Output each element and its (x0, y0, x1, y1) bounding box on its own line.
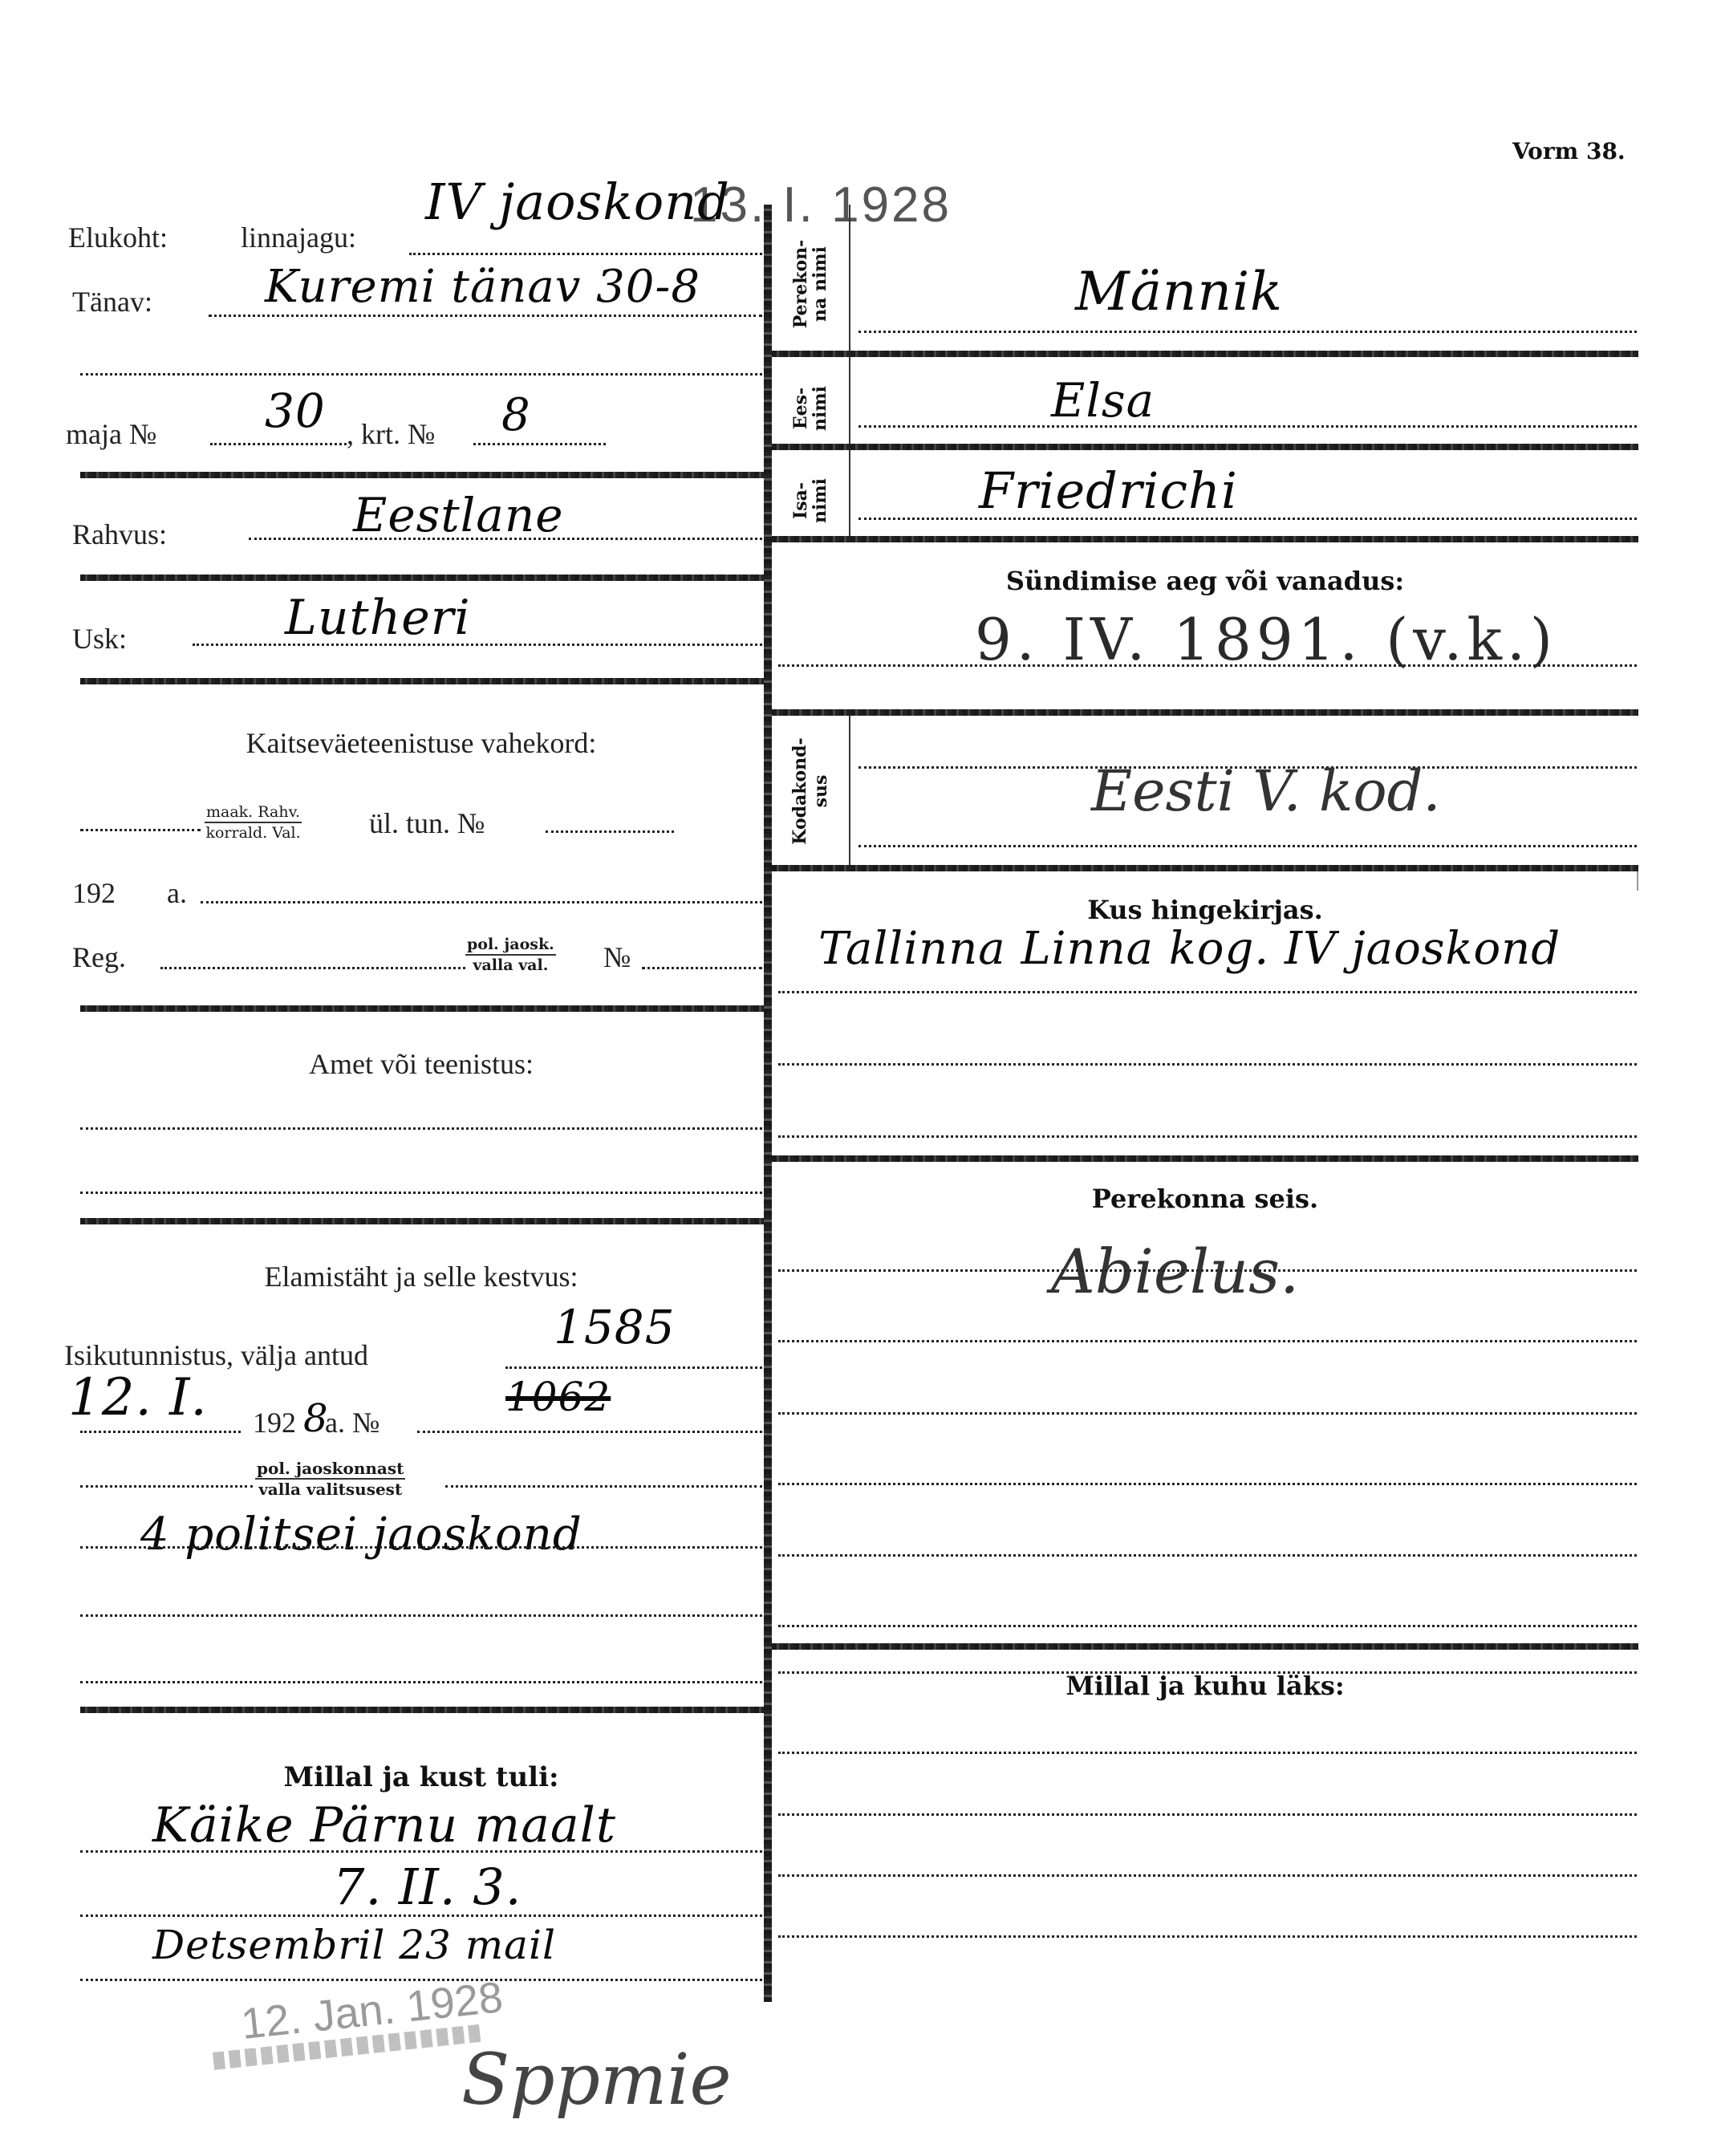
perekonna-seis-line-2 (778, 1340, 1637, 1342)
maak-korrald-fraction: maak. Rahv. korrald. Val. (205, 802, 302, 843)
isanimi-value[interactable]: Friedrichi (979, 461, 1238, 520)
divider-amet (80, 1005, 764, 1012)
hingekiri-heading: Kus hingekirjas. (772, 895, 1638, 925)
millal-kuhu-line-2 (778, 1813, 1637, 1816)
rahvus-line (249, 538, 762, 540)
fraction-bottom: korrald. Val. (205, 823, 302, 843)
reg-line (160, 967, 465, 969)
millal-kuhu-line-1 (778, 1752, 1637, 1754)
fraction-top: pol. jaoskonnast (255, 1459, 405, 1480)
divider-eesnimi (772, 351, 1638, 357)
eesnimi-line (858, 425, 1637, 428)
amet-line-1 (80, 1127, 762, 1130)
year-line (201, 901, 762, 903)
arrival-dotline-1 (80, 1850, 762, 1853)
hingekiri-line-3 (778, 1135, 1637, 1138)
pol-jaosk-fraction: pol. jaosk. valla val. (465, 935, 556, 975)
arrival-dotline-2 (80, 1914, 762, 1917)
maja-label: maja № (66, 417, 156, 451)
divider-millal-kust (80, 1707, 764, 1713)
perekonna-seis-heading: Perekonna seis. (772, 1184, 1638, 1214)
perekonna-seis-line-5 (778, 1554, 1637, 1557)
divider-hingekiri (772, 865, 1638, 871)
issuer-value[interactable]: 4 politsei jaoskond (140, 1508, 582, 1561)
perekonnanimi-value[interactable]: Männik (1075, 261, 1283, 323)
label-line: Perekon- (791, 224, 810, 344)
issue-date-day[interactable]: 12. I. (68, 1368, 208, 1427)
sundimine-value[interactable]: 9. IV. 1891. (v.k.) (975, 606, 1557, 673)
reg-no-line (642, 967, 762, 969)
issue-a-no-label: a. № (325, 1406, 379, 1439)
label-line: Ees- (791, 368, 810, 449)
arrival-line-2[interactable]: 7. II. 3. (333, 1858, 522, 1916)
maja-line (210, 443, 347, 445)
millal-kust-heading: Millal ja kust tuli: (80, 1761, 762, 1793)
divider-sundimine (772, 536, 1638, 542)
isikutunnistus-number[interactable]: 1585 (554, 1300, 676, 1354)
isanimi-line (858, 518, 1637, 520)
kodakondsus-line-2 (858, 845, 1637, 847)
fraction-top: pol. jaosk. (465, 935, 556, 956)
amet-line-2 (80, 1192, 762, 1194)
millal-kuhu-heading: Millal ja kuhu läks: (772, 1671, 1638, 1701)
elamistaht-line-2 (80, 1614, 762, 1617)
divider-perekonna-seis (772, 1155, 1638, 1162)
usk-label: Usk: (72, 622, 127, 656)
eesnimi-value[interactable]: Elsa (1051, 373, 1155, 428)
perekonna-seis-line-4 (778, 1483, 1637, 1485)
hingekiri-line-1 (778, 991, 1637, 993)
perekonnanimi-label: Perekon- na nimi (791, 224, 830, 344)
ul-tun-line (546, 830, 674, 833)
rahvus-value[interactable]: Eestlane (353, 488, 564, 542)
tanav-label: Tänav: (72, 285, 152, 319)
year-192-label: 192 (72, 876, 116, 910)
elamistaht-heading: Elamistäht ja selle kestvus: (80, 1260, 762, 1293)
divider-isanimi (772, 444, 1638, 450)
fraction-bottom: valla valitsusest (255, 1480, 405, 1499)
official-signature: Sppmie (461, 2038, 732, 2121)
eesnimi-label: Ees- nimi (791, 368, 830, 449)
fraction-bottom: valla val. (465, 956, 556, 975)
perekonnanimi-line (858, 331, 1637, 333)
tanav-value[interactable]: Kuremi tänav 30-8 (265, 261, 700, 313)
issuer-line-right (445, 1485, 762, 1488)
label-line: Isa- (791, 461, 810, 541)
rahvus-label: Rahvus: (72, 518, 167, 551)
kaitsevae-line-1 (80, 829, 201, 831)
issuer-line-left (80, 1485, 253, 1488)
ul-tun-label: ül. tun. № (369, 806, 485, 840)
krt-label: , krt. № (347, 417, 435, 451)
perekonna-seis-line-1 (778, 1269, 1637, 1272)
divider-usk (80, 575, 764, 581)
label-column-divider-top (849, 205, 850, 538)
hingekiri-value[interactable]: Tallinna Linna kog. IV jaoskond (818, 923, 1561, 975)
label-line: na nimi (810, 224, 830, 344)
label-line: sus (810, 723, 831, 859)
sundimine-heading: Sündimise aeg või vanadus: (772, 566, 1638, 596)
struck-number: 1062 (505, 1374, 611, 1420)
pol-jaoskonnast-fraction: pol. jaoskonnast valla valitsusest (255, 1459, 405, 1499)
center-divider (764, 205, 772, 2002)
reg-no-label: № (603, 940, 631, 974)
reg-label: Reg. (72, 940, 126, 974)
isikutunnistus-line (505, 1366, 762, 1369)
linnajagu-line (409, 253, 762, 255)
label-line: nimi (810, 461, 830, 541)
divider-kaitsevae (80, 678, 764, 684)
usk-line (193, 644, 762, 646)
divider-elamistaht (80, 1218, 764, 1224)
linnajagu-label: linnajagu: (241, 221, 356, 254)
krt-value[interactable]: 8 (501, 389, 531, 441)
hingekiri-line-2 (778, 1063, 1637, 1066)
maja-value[interactable]: 30 (265, 384, 326, 438)
issue-date-line (80, 1431, 241, 1433)
kodakondsus-value[interactable]: Eesti V. kod. (1091, 758, 1441, 824)
divider-millal-kuhu (772, 1643, 1638, 1650)
linnajagu-value[interactable]: IV jaoskond (425, 173, 730, 231)
isikutunnistus-label: Isikutunnistus, välja antud (64, 1338, 368, 1372)
elukoht-blank-line (80, 373, 762, 376)
label-line: nimi (810, 368, 830, 449)
perekonna-seis-line-3 (778, 1412, 1637, 1415)
sundimine-line (778, 664, 1637, 667)
arrival-line-1[interactable]: Käike Pärnu maalt (152, 1797, 616, 1854)
krt-line (473, 443, 606, 445)
divider-kodakondsus (772, 709, 1638, 716)
isanimi-label: Isa- nimi (791, 461, 830, 541)
issue-no-line (417, 1431, 762, 1433)
elukoht-label: Elukoht: (68, 221, 168, 254)
elamistaht-line-3 (80, 1681, 762, 1683)
fraction-top: maak. Rahv. (205, 802, 302, 823)
arrival-line-3[interactable]: Detsembril 23 mail (152, 1922, 556, 1968)
kodakondsus-label: Kodakond- sus (789, 723, 831, 859)
divider-rahvus (80, 472, 764, 478)
form-number: Vorm 38. (1512, 138, 1626, 164)
perekonna-seis-line-6 (778, 1625, 1637, 1627)
issue-year-prefix: 192 (253, 1406, 296, 1439)
usk-value[interactable]: Lutheri (285, 590, 471, 646)
amet-heading: Amet või teenistus: (80, 1047, 762, 1081)
millal-kuhu-line-4 (778, 1935, 1637, 1938)
tanav-line (209, 315, 762, 317)
issuer-line (80, 1546, 762, 1549)
kaitsevae-heading: Kaitseväeteenistuse vahekord: (80, 726, 762, 760)
millal-kuhu-line-3 (778, 1874, 1637, 1877)
a-label: a. (167, 876, 187, 910)
label-line: Kodakond- (789, 723, 810, 859)
label-column-divider-kodakondsus (849, 713, 850, 867)
